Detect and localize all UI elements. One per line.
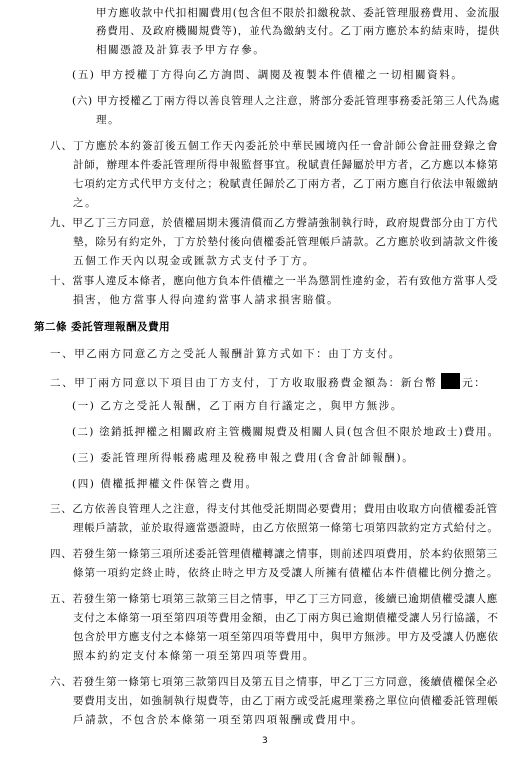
document-text-line: 六、若發生第一條第七項第三款第四目及第五目之情事，甲乙丁三方同意，後續債權保全必	[50, 675, 498, 689]
document-text-line: 務費用、及政府機關規費等)，並代為繳納支付。乙丁兩方應於本約結束時，提供	[96, 24, 500, 38]
document-page: 甲方應收款中代扣相關費用(包含但不限於扣繳稅款、委託管理服務費用、金流服務費用、…	[0, 0, 531, 774]
document-text-line: 十、當事人違反本條者，應向他方負本件債權之一半為懲罰性違約金，若有致他方當事人受	[50, 274, 498, 288]
document-text-line: 相關憑證及計算表予甲方存參。	[96, 43, 265, 57]
document-text-line: 理帳戶請款，並於取得適當憑證時，由乙方依照第一條第七項第四款約定方式給付之。	[73, 521, 499, 535]
document-text-line: 四、若發生第一條第三項所述委託管理債權轉讓之情事，則前述四項費用，於本約依照第三	[50, 547, 498, 561]
document-text-line: 三、乙方依善良管理人之注意，得支付其他受託期間必要費用；費用由收取方向債權委託管	[50, 502, 498, 516]
article-heading: 第二條 委託管理報酬及費用	[34, 320, 170, 334]
document-text-line: 包含於甲方應支付之本條第一項至第四項等費用中，與甲方無涉。甲方及受讓人仍應依	[73, 630, 499, 644]
document-text-line: 之。	[73, 196, 97, 210]
document-text-line: 戶請款，不包含於本條第一項至第四項報酬或費用中。	[73, 713, 363, 727]
fee-clause-text: 二、甲丁兩方同意以下項目由丁方支付，丁方收取服務費金額為：新台幣	[50, 377, 437, 389]
document-text-line: 八、丁方應於本約簽訂後五個工作天內委託於中華民國境內任一會計師公會註冊登錄之會	[50, 139, 499, 153]
document-text-line: 墊，除另有約定外，丁方於墊付後向債權委託管理帳戶請款。乙方應於收到請款文件後	[73, 235, 499, 249]
document-text-line: 一、甲乙兩方同意乙方之受託人報酬計算方式如下：由丁方支付。	[50, 347, 401, 361]
document-text-line: 計師，辦理本件委託管理所得申報監督事宜。稅賦責任歸屬於甲方者，乙方應以本條第	[73, 158, 499, 172]
page-number: 3	[262, 736, 268, 746]
document-text-line: 甲方應收款中代扣相關費用(包含但不限於扣繳稅款、委託管理服務費用、金流服	[96, 6, 500, 20]
document-text-line: 九、甲乙丁三方同意，於債權屆期未獲清償而乙方聲請強制執行時，政府規費部分由丁方代	[50, 216, 498, 230]
document-text-line: (二) 塗銷抵押權之相關政府主管機關規費及相關人員(包含但不限於地政士)費用。	[72, 425, 499, 439]
document-text-line: (一) 乙方之受託人報酬，乙丁兩方自行議定之，與甲方無涉。	[72, 399, 403, 413]
document-text-line: 損害，他方當事人得向違約當事人請求損害賠償。	[73, 293, 339, 307]
document-text-line: (三) 委託管理所得帳務處理及稅務申報之費用(含會計師報酬)。	[72, 451, 414, 465]
document-text-line: 五、若發生第一條第七項第三款第三目之情事，甲乙丁三方同意，後續已逾期債權受讓人應	[50, 592, 498, 606]
document-text-line: 條第一項約定終止時，依終止時之甲方及受讓人所擁有債權佔本件債權比例分擔之。	[73, 566, 499, 580]
document-text-line: 五個工作天內以現金或匯款方式支付予丁方。	[73, 254, 315, 268]
document-text-line: 支付之本條第一項至第四項等費用金額，由乙丁兩方與已逾期債權受讓人另行協議，不	[73, 611, 499, 625]
document-text-line: (五) 甲方授權丁方得向乙方詢問、調閱及複製本件債權之一切相關資料。	[72, 68, 463, 82]
document-text-line: 七項約定方式代甲方支付之；稅賦責任歸於乙丁兩方者，乙丁兩方應自行依法申報繳納	[73, 177, 499, 191]
document-text-line: (六) 甲方授權乙丁兩方得以善良管理人之注意，將部分委託管理事務委託第三人代為處	[72, 94, 500, 108]
fee-clause-line: 二、甲丁兩方同意以下項目由丁方支付，丁方收取服務費金額為：新台幣元：	[50, 373, 486, 390]
document-text-line: (四) 債權抵押權文件保管之費用。	[72, 477, 258, 491]
document-text-line: 照本約約定支付本條第一項至第四項等費用。	[73, 649, 315, 663]
document-text-line: 要費用支出，如強制執行規費等，由乙丁兩方或受託處理業務之單位向債權委託管理帳	[73, 694, 499, 708]
redacted-amount-block	[441, 373, 460, 389]
fee-clause-suffix: 元：	[462, 377, 486, 389]
document-text-line: 理。	[96, 113, 120, 127]
